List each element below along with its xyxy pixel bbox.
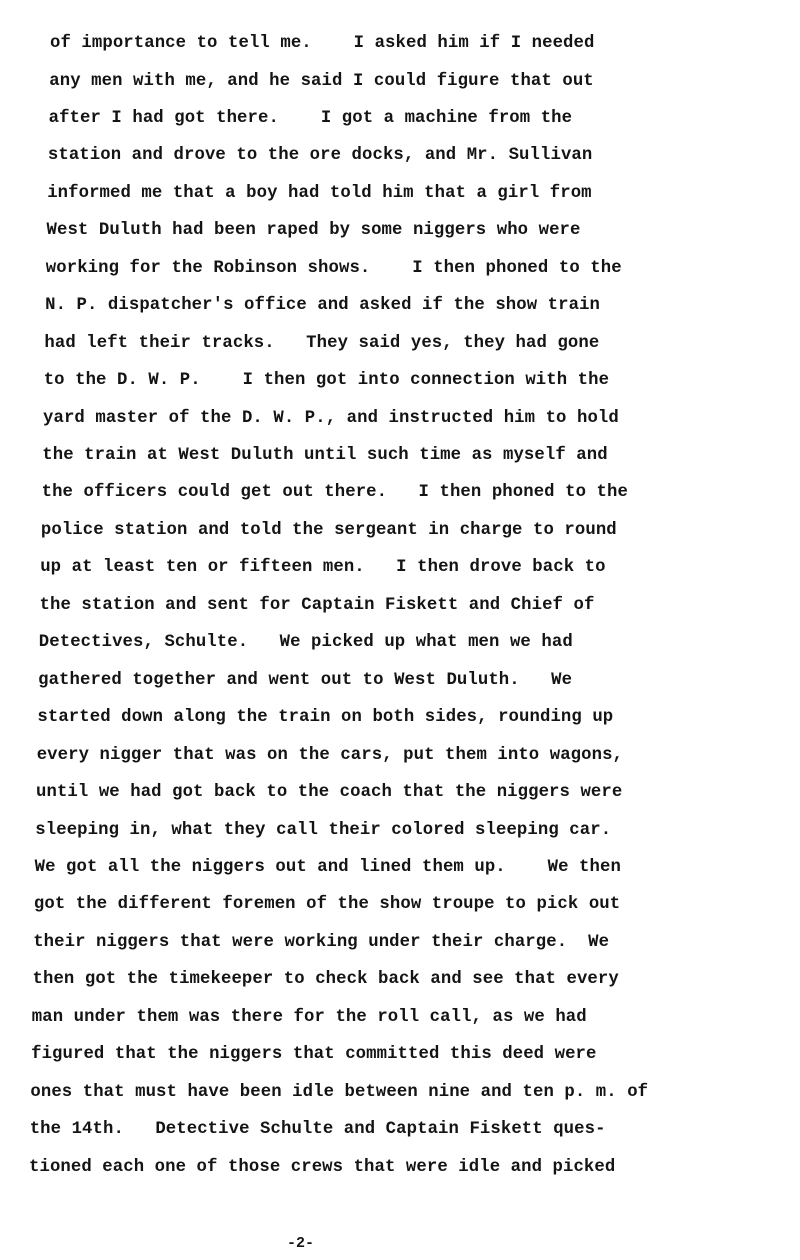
text-line: station and drove to the ore docks, and … — [48, 146, 592, 166]
page-number: -2- — [287, 1235, 314, 1252]
text-line: the officers could get out there. I then… — [42, 483, 628, 503]
text-line: then got the timekeeper to check back an… — [33, 970, 619, 990]
text-line: got the different foremen of the show tr… — [34, 895, 620, 915]
text-line: West Duluth had been raped by some nigge… — [47, 221, 581, 241]
text-line: N. P. dispatcher's office and asked if t… — [45, 296, 600, 316]
text-line: sleeping in, what they call their colore… — [35, 821, 611, 841]
text-line: the 14th. Detective Schulte and Captain … — [30, 1120, 606, 1140]
text-line: every nigger that was on the cars, put t… — [37, 746, 623, 766]
text-line: the train at West Duluth until such time… — [42, 446, 607, 466]
text-line: until we had got back to the coach that … — [36, 783, 622, 803]
text-line: working for the Robinson shows. I then p… — [46, 259, 622, 279]
text-line: We got all the niggers out and lined the… — [35, 858, 621, 878]
text-line: man under them was there for the roll ca… — [32, 1008, 587, 1028]
text-line: started down along the train on both sid… — [37, 708, 613, 728]
document-page: of importance to tell me. I asked him if… — [0, 0, 800, 1260]
text-line: tioned each one of those crews that were… — [29, 1158, 615, 1178]
text-line: informed me that a boy had told him that… — [47, 184, 591, 204]
text-line: had left their tracks. They said yes, th… — [44, 334, 599, 354]
text-line: after I had got there. I got a machine f… — [49, 109, 573, 129]
text-line: figured that the niggers that committed … — [31, 1045, 596, 1065]
text-line: up at least ten or fifteen men. I then d… — [40, 558, 605, 578]
text-line: police station and told the sergeant in … — [41, 521, 617, 541]
text-line: the station and sent for Captain Fiskett… — [40, 596, 595, 616]
text-line: of importance to tell me. I asked him if… — [50, 34, 594, 54]
text-line: gathered together and went out to West D… — [38, 671, 572, 691]
text-line: their niggers that were working under th… — [33, 933, 609, 953]
text-line: Detectives, Schulte. We picked up what m… — [39, 633, 573, 653]
text-line: ones that must have been idle between ni… — [30, 1083, 648, 1103]
text-line: to the D. W. P. I then got into connecti… — [44, 371, 609, 391]
text-line: any men with me, and he said I could fig… — [49, 72, 593, 92]
text-line: yard master of the D. W. P., and instruc… — [43, 409, 619, 429]
